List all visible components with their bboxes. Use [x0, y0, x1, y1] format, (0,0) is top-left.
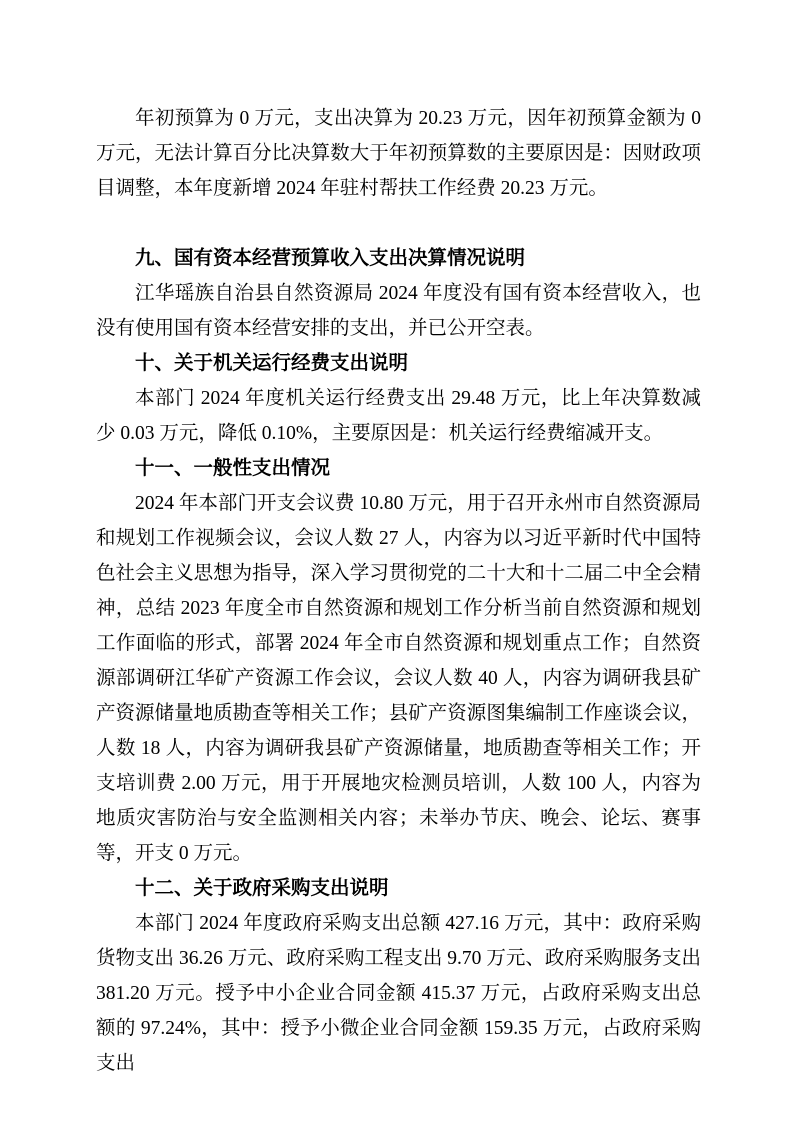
section-heading-agency-operating-expenses: 十、关于机关运行经费支出说明	[96, 346, 701, 381]
section-heading-government-procurement: 十二、关于政府采购支出说明	[96, 871, 701, 906]
section-heading-state-capital-budget: 九、国有资本经营预算收入支出决算情况说明	[96, 241, 701, 276]
paragraph-government-procurement: 本部门 2024 年度政府采购支出总额 427.16 万元，其中：政府采购货物支…	[96, 906, 701, 1081]
paragraph-state-capital-budget: 江华瑶族自治县自然资源局 2024 年度没有国有资本经营收入，也没有使用国有资本…	[96, 276, 701, 346]
paragraph-general-expenditure: 2024 年本部门开支会议费 10.80 万元，用于召开永州市自然资源局和规划工…	[96, 486, 701, 871]
section-heading-general-expenditure: 十一、一般性支出情况	[96, 451, 701, 486]
paragraph-agency-operating-expenses: 本部门 2024 年度机关运行经费支出 29.48 万元，比上年决算数减少 0.…	[96, 381, 701, 451]
document-page: 年初预算为 0 万元，支出决算为 20.23 万元，因年初预算金额为 0 万元，…	[0, 0, 793, 1122]
blank-line-spacer	[96, 206, 701, 241]
paragraph-annual-budget-explanation: 年初预算为 0 万元，支出决算为 20.23 万元，因年初预算金额为 0 万元，…	[96, 101, 701, 206]
